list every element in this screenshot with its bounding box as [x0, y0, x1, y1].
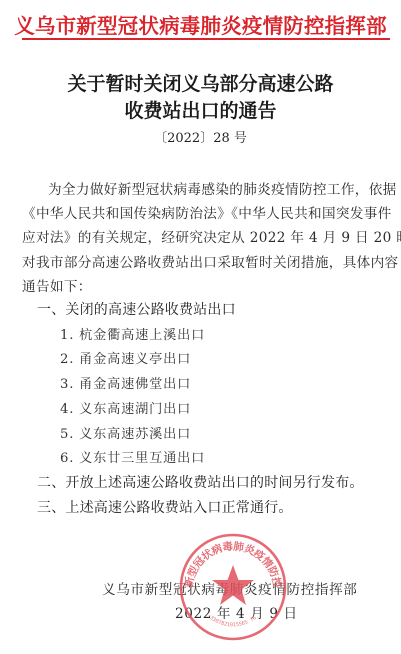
body-line-2: 《中华人民共和国传染病防治法》《中华人民共和国突发事件: [22, 202, 392, 222]
organization-header: 义乌市新型冠状病毒肺炎疫情防控指挥部: [0, 9, 401, 39]
section-2-heading: 二、开放上述高速公路收费站出口的时间另行发布。: [37, 472, 364, 492]
body-line-5: 通告如下：: [22, 275, 92, 295]
section-1-heading: 一、关闭的高速公路收费站出口: [37, 299, 236, 319]
closed-exit-item: 3. 甬金高速佛堂出口: [60, 373, 191, 392]
closed-exit-item: 6. 义东廿三里互通出口: [60, 447, 205, 466]
svg-text:3307821015565 76: 3307821015565 76: [208, 615, 257, 628]
notice-title-line-2: 收费站出口的通告: [0, 96, 401, 123]
header-red-rule: [22, 38, 390, 40]
closed-exit-item: 4. 义东高速湖门出口: [60, 398, 191, 417]
closed-exit-item: 5. 义东高速苏溪出口: [60, 423, 191, 442]
document-number: 〔2022〕28 号: [0, 127, 401, 146]
seal-star-icon: [212, 565, 254, 605]
closed-exit-item: 1. 杭金衢高速上溪出口: [60, 324, 205, 343]
section-3-heading: 三、上述高速公路收费站入口正常通行。: [37, 497, 293, 517]
notice-document: { "header": { "organization": "义乌市新型冠状病毒…: [0, 0, 401, 654]
closed-exit-item: 2. 甬金高速义亭出口: [60, 348, 191, 367]
body-line-4: 对我市部分高速公路收费站出口采取暂时关闭措施，具体内容: [22, 251, 398, 271]
official-seal: 义乌市新型冠状病毒肺炎疫情防控指挥部 3307821015565 76: [178, 533, 288, 641]
notice-title-line-1: 关于暂时关闭义乌部分高速公路: [0, 69, 401, 96]
body-line-3: 应对法》的有关规定，经研究决定从 2022 年 4 月 9 日 20 时起: [22, 226, 401, 246]
body-line-1: 为全力做好新型冠状病毒感染的肺炎疫情防控工作，依据: [48, 178, 397, 198]
seal-serial-number: 3307821015565 76: [208, 615, 257, 628]
